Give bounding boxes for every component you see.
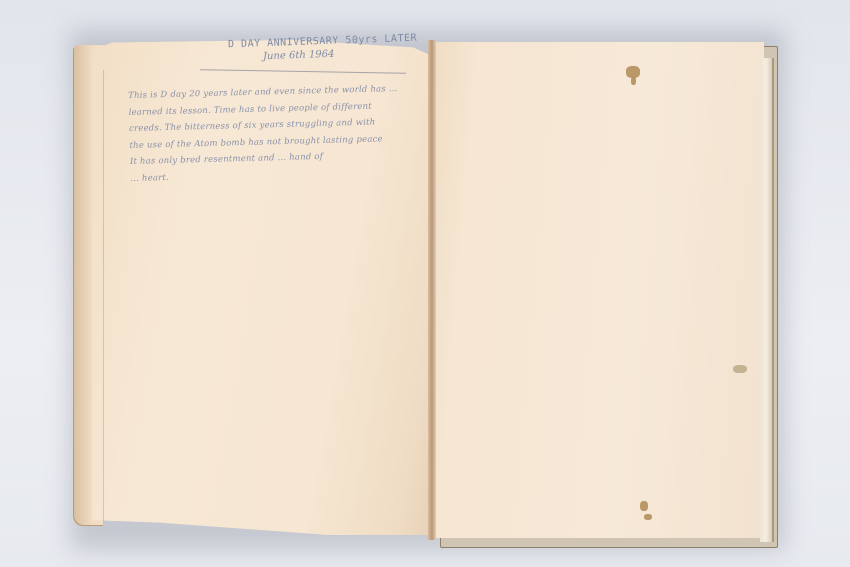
book-gutter <box>428 40 436 540</box>
foxing-stain-bottom-2 <box>644 514 652 520</box>
left-page-margin-fold <box>103 70 104 525</box>
foxing-stain-right <box>733 365 747 373</box>
handwritten-paragraph: This is D day 20 years later and even si… <box>128 80 428 187</box>
right-page-edges <box>760 58 774 542</box>
foxing-stain-bottom <box>640 501 648 511</box>
foxing-stain-top-drip <box>631 77 636 85</box>
right-page <box>434 42 764 538</box>
